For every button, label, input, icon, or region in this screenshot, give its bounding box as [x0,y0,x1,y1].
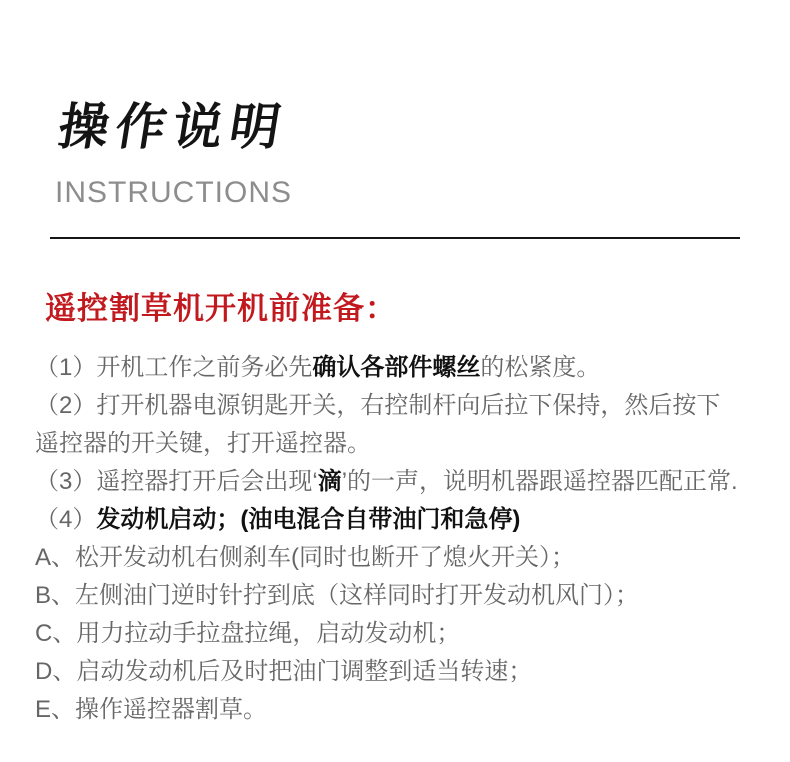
step-e-text: E、操作遥控器割草。 [35,696,267,723]
step-2-text: 遥控器的开关键，打开遥控器。 [35,430,371,457]
step-d: D、启动发动机后及时把油门调整到适当转速； [35,653,749,691]
divider-line [50,237,740,239]
section-heading: 遥控割草机开机前准备： [45,292,790,326]
step-a-text: A、松开发动机右侧刹车(同时也断开了熄火开关）； [35,544,575,571]
step-c: C、用力拉动手拉盘拉绳，启动发动机； [35,615,749,653]
step-1-text: （1）开机工作之前务必先 [35,354,312,381]
instructions-page: 操作说明 INSTRUCTIONS 遥控割草机开机前准备： （1）开机工作之前务… [0,0,790,762]
step-3-text: （3）遥控器打开后会出现‘ [35,468,318,495]
step-2: （2）打开机器电源钥匙开关，右控制杆向后拉下保持，然后按下遥控器的开关键，打开遥… [35,387,749,463]
step-1-text-bold: 确认各部件螺丝 [312,354,480,381]
step-e: E、操作遥控器割草。 [35,691,749,729]
step-b: B、左侧油门逆时针拧到底（这样同时打开发动机风门）； [35,577,749,615]
page-title: 操作说明 [55,102,291,152]
step-3-text-bold: 滴 [318,468,342,495]
step-4: （4）发动机启动；(油电混合自带油门和急停) [35,501,749,539]
step-1-text: 的松紧度。 [480,354,600,381]
step-4-text-bold: 发动机启动；(油电混合自带油门和急停) [96,506,520,533]
step-b-text: B、左侧油门逆时针拧到底（这样同时打开发动机风门）； [35,582,639,609]
step-3-text: ’的一声，说明机器跟遥控器匹配正常. [342,468,738,495]
step-2-text: （2）打开机器电源钥匙开关，右控制杆向后拉下保持，然后按下 [35,392,720,419]
page-subtitle: INSTRUCTIONS [55,178,790,208]
step-1: （1）开机工作之前务必先确认各部件螺丝的松紧度。 [35,349,749,387]
step-4-text: （4） [35,506,96,533]
step-a: A、松开发动机右侧刹车(同时也断开了熄火开关）； [35,539,749,577]
step-3: （3）遥控器打开后会出现‘滴’的一声，说明机器跟遥控器匹配正常. [35,463,749,501]
page-header: 操作说明 INSTRUCTIONS [0,0,790,208]
steps-list: （1）开机工作之前务必先确认各部件螺丝的松紧度。 （2）打开机器电源钥匙开关，右… [35,349,749,729]
step-c-text: C、用力拉动手拉盘拉绳，启动发动机； [35,620,460,647]
step-d-text: D、启动发动机后及时把油门调整到适当转速； [35,658,532,685]
